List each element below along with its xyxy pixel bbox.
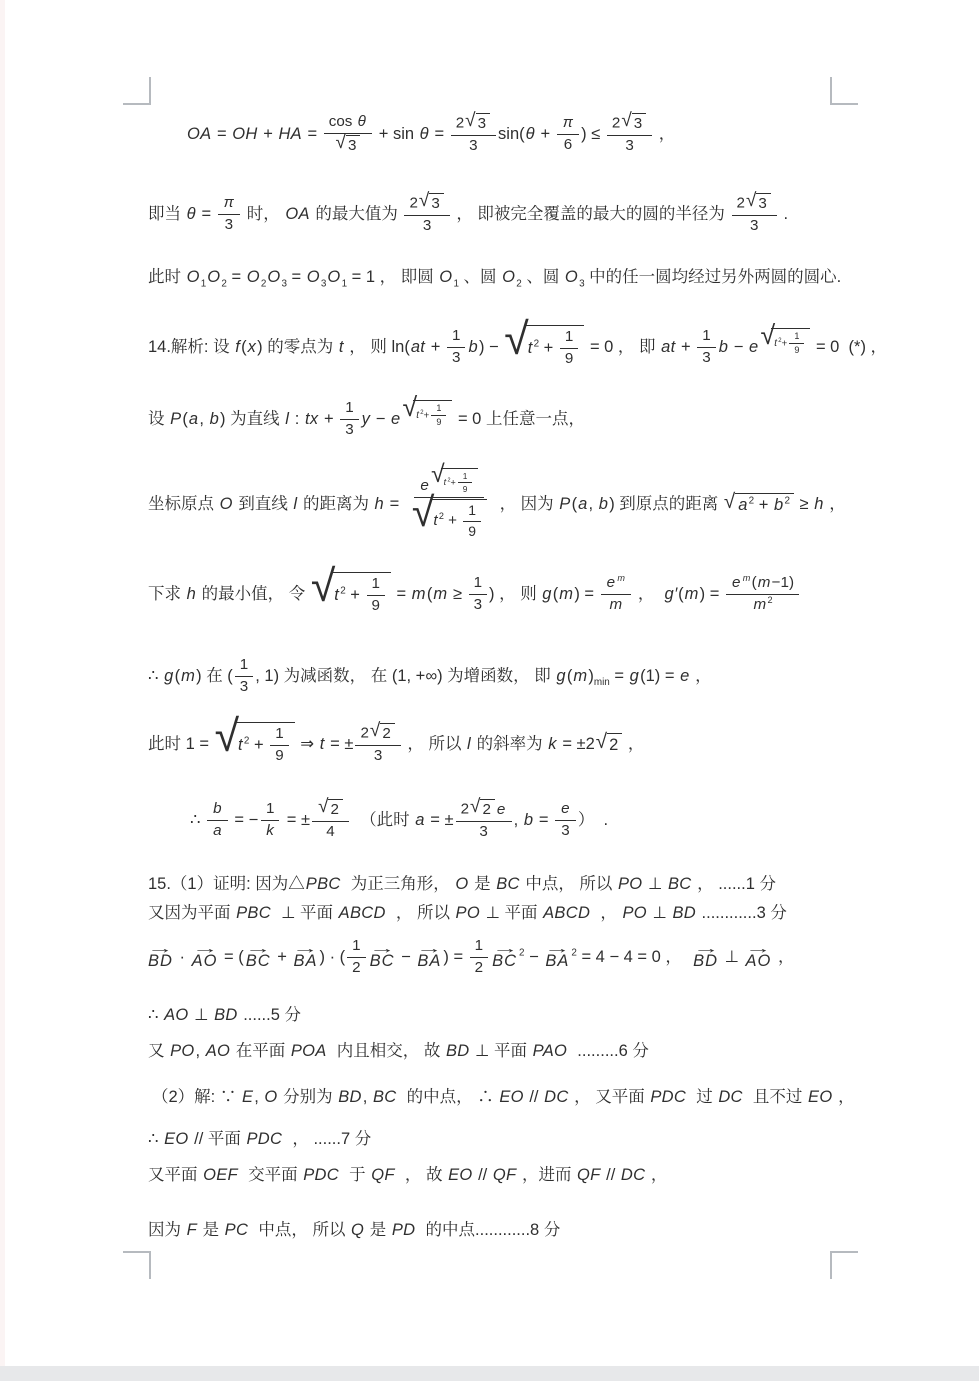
math-variable: O [564, 268, 579, 286]
math-text: ∴ [148, 1130, 163, 1148]
fraction: 19 [431, 402, 446, 430]
math-variable: a [737, 496, 748, 514]
vector-arrow-icon: → [745, 945, 772, 953]
math-variable: k [265, 822, 275, 839]
math-variable: O [263, 1088, 278, 1106]
math-variable: AO [205, 1042, 231, 1060]
math-text: 的斜率为 [472, 735, 547, 753]
math-text: ) = [700, 585, 724, 603]
math-text: 3 [348, 137, 356, 154]
math-variable: PO [169, 1042, 195, 1060]
math-text: // [602, 1166, 620, 1184]
math-text: ， 故 [396, 1166, 447, 1184]
radicand: t2 + 19 [331, 572, 391, 617]
math-variable: m [432, 585, 448, 603]
fraction: 2√2e3 [456, 798, 512, 843]
denominator: 3 [340, 420, 358, 441]
math-text: : [290, 410, 304, 428]
math-text: + [273, 948, 292, 966]
math-text: 14.解析: 设 [148, 338, 234, 356]
math-variable: QF [370, 1166, 396, 1184]
math-variable: b [773, 496, 784, 514]
radical-sign-icon: √ [215, 719, 239, 755]
math-variable: O [501, 268, 516, 286]
math-variable: EO [807, 1088, 833, 1106]
math-variable: DC [717, 1088, 743, 1106]
math-text: 1 [436, 403, 441, 413]
math-text: 2 [382, 725, 390, 742]
numerator: 2√2e [456, 798, 512, 822]
denominator: 9 [789, 344, 804, 357]
math-variable: PO [621, 904, 647, 922]
math-variable: m [752, 596, 767, 613]
radicand: t2+19 [441, 468, 479, 496]
math-variable: EO [163, 1130, 189, 1148]
math-text: ) · ( [320, 948, 346, 966]
math-text: 9 [436, 417, 441, 427]
math-text: 3 [634, 115, 642, 132]
math-variable: PO [617, 875, 643, 893]
math-variable: BD [445, 1042, 471, 1060]
denominator: 3 [418, 216, 436, 237]
math-variable: x [247, 338, 258, 356]
math-text: = 0 上任意一点， [453, 410, 585, 428]
math-text: + [539, 339, 558, 357]
math-text: , [196, 1042, 205, 1060]
math-text: 是 [470, 875, 496, 893]
square-root: √3 [621, 113, 646, 134]
math-text: 3 [431, 195, 439, 212]
square-root: √t2 + 19 [504, 325, 584, 370]
line-15-2d: 因为 F 是 PC 中点， 所以 Q 是 PD 的中点............8… [148, 1218, 560, 1243]
math-text: , [589, 495, 598, 513]
math-variable: θ [186, 205, 197, 223]
numerator: em(m−1) [726, 573, 799, 595]
math-text: ( [752, 574, 757, 591]
math-variable: OA [284, 205, 310, 223]
square-root: √2 [596, 733, 623, 756]
math-text: 2 [609, 736, 618, 754]
math-text: 3 [374, 747, 382, 764]
math-text: = [392, 585, 411, 603]
math-variable: g [629, 667, 640, 685]
math-variable: a [212, 822, 223, 839]
fraction: 2√23 [355, 722, 400, 767]
math-variable: h [186, 585, 197, 603]
math-text: ， ......7 分 [283, 1130, 371, 1148]
math-text: 2 [360, 725, 368, 742]
math-text: ) 在 ( [196, 667, 233, 685]
line-14-start: 14.解析: 设 f(x) 的零点为 t ， 则 ln(at + 13b) − … [148, 325, 887, 370]
math-variable: BD [213, 1006, 239, 1024]
math-text: 1 [794, 331, 799, 341]
math-text: 3 [625, 137, 633, 154]
denominator: 9 [270, 746, 288, 767]
math-text: 下求 [148, 585, 186, 603]
math-variable: PBC [235, 904, 272, 922]
math-text: 3 [225, 216, 233, 233]
math-variable: at [410, 338, 426, 356]
math-variable: e [606, 574, 617, 591]
math-variable: m [616, 573, 626, 583]
math-variable: PDC [302, 1166, 340, 1184]
math-variable: b [718, 338, 729, 356]
radical-sign-icon: √ [412, 496, 435, 529]
numerator: 2√3 [732, 192, 777, 216]
numerator: 1 [235, 655, 253, 677]
math-text: ⇒ [296, 735, 319, 753]
math-text: − [525, 948, 544, 966]
math-text: ⊥ 平面 [272, 904, 338, 922]
subscript: min [594, 677, 610, 688]
math-variable: PAO [532, 1042, 569, 1060]
radical-sign-icon: √ [596, 732, 607, 753]
math-text: = [610, 667, 629, 685]
math-text: 即当 [148, 205, 186, 223]
fraction: 19 [789, 330, 804, 358]
math-variable: OEF [202, 1166, 239, 1184]
math-text: 1 [468, 502, 476, 518]
math-text: 1 [240, 656, 248, 673]
line-14-slope: 此时 1 = √t2 + 19 ⇒ t = ±2√23 ， 所以 l 的斜率为 … [148, 722, 644, 767]
math-text: ， 即被完全覆盖的最大的圆的半径为 [452, 205, 730, 223]
vector: →BA [545, 945, 569, 970]
line-15-2c: 又平面 OEF 交平面 PDC 于 QF ， 故 EO // QF ，进而 QF… [148, 1163, 667, 1188]
math-text: − [729, 338, 748, 356]
radical-sign-icon: √ [370, 722, 380, 741]
radicand: a2 + b2 [735, 493, 794, 516]
fraction: 13 [447, 326, 465, 369]
fraction: e√t2+19√t2 + 19 [406, 467, 493, 542]
math-text: 2 [330, 801, 338, 818]
math-variable: QF [492, 1166, 518, 1184]
math-text: // 平面 [190, 1130, 246, 1148]
radical-sign-icon: √ [761, 325, 776, 346]
numerator: π [557, 113, 579, 135]
math-text: 3 [561, 822, 569, 839]
math-text: 3 [750, 217, 758, 234]
math-text: 3 [240, 678, 248, 695]
math-text: = [534, 811, 553, 829]
superscript: m [616, 573, 626, 583]
vector: →BA [293, 945, 317, 970]
vector: →BC [246, 945, 271, 970]
denominator: 3 [220, 215, 238, 236]
math-text: + [424, 410, 430, 421]
math-text: ) = [574, 585, 598, 603]
line-theta-max: 即当 θ = π3 时， OA 的最大值为 2√33 ， 即被完全覆盖的最大的圆… [148, 192, 788, 237]
math-text: 2 [352, 959, 360, 976]
math-text: （此时 [351, 811, 414, 829]
eq-oa-max: OA = OH + HA = cos θ√3 + sin θ = 2√33sin… [186, 112, 675, 157]
math-text: = [385, 495, 404, 513]
math-text: = ( [219, 948, 243, 966]
math-text: + [444, 512, 461, 529]
math-text: 设 [148, 410, 169, 428]
vector: →BA [417, 945, 441, 970]
math-variable: O [206, 268, 221, 286]
scan-edge-strip [0, 0, 5, 1381]
math-variable: e [679, 667, 690, 685]
math-text: 2 [767, 595, 772, 605]
line-circles: 此时 O1O2 = O2O3 = O3O1 = 1 ， 即圆 O1 、圆 O2 … [148, 265, 841, 290]
numerator: √2 [312, 798, 349, 822]
math-text: = 0 ， 即 [585, 338, 660, 356]
vector: →BC [492, 945, 517, 970]
math-variable: h [813, 495, 824, 513]
radical-sign-icon: √ [311, 569, 335, 605]
line-15-2b: ∴ EO // 平面 PDC ， ......7 分 [148, 1127, 371, 1152]
numerator: 2√3 [607, 112, 652, 136]
square-root: √3 [746, 193, 771, 214]
numerator: b [207, 799, 228, 821]
radical-sign-icon: √ [465, 112, 475, 131]
math-variable: BD [337, 1088, 363, 1106]
math-variable: AO [163, 1006, 189, 1024]
numerator: 1 [431, 402, 446, 416]
line-14-pab: 设 P(a, b) 为直线 l : tx + 13y − e√t2+19 = 0… [148, 398, 585, 441]
math-text: · [175, 948, 190, 966]
math-text: ) 到原点的距离 [609, 495, 723, 513]
vector: →AO [192, 945, 218, 970]
math-text: 又 [148, 1042, 169, 1060]
math-text: 又平面 [148, 1166, 202, 1184]
math-text: ⊥ 平面 [481, 904, 542, 922]
vector-arrow-icon: → [369, 945, 396, 953]
numerator: 1 [560, 327, 578, 349]
math-text: sin( [498, 125, 525, 143]
math-variable: ABCD [338, 904, 387, 922]
line-14-result: ∴ ba = −1k = ±√24 （此时 a = ±2√2e3, b = e3… [190, 798, 608, 843]
fraction: 12 [347, 936, 365, 979]
math-variable: PC [224, 1221, 250, 1239]
math-text: 1 [452, 327, 460, 344]
math-text: 因为 [148, 1221, 186, 1239]
math-text: ， [833, 1088, 854, 1106]
numerator: 2√3 [404, 192, 449, 216]
math-variable: a [414, 811, 425, 829]
math-text: ， 所以 [387, 904, 455, 922]
math-text: 2 [737, 195, 745, 212]
math-text: 2 [475, 959, 483, 976]
math-variable: O [454, 875, 469, 893]
line-15-vectors: →BD · →AO = (→BC + →BA) · (12→BC − →BA) … [146, 936, 794, 979]
denominator: 9 [458, 483, 473, 495]
math-text: ) = [443, 948, 467, 966]
radical-sign-icon: √ [336, 134, 346, 153]
numerator: 1 [270, 724, 288, 746]
numerator: 1 [470, 936, 488, 958]
line-14-distance: 坐标原点 O 到直线 l 的距离为 h = e√t2+19√t2 + 19 ， … [148, 467, 846, 542]
math-variable: e [560, 800, 571, 817]
math-text: + [259, 125, 278, 143]
math-text: 又因为平面 [148, 904, 235, 922]
fraction: 2√33 [732, 192, 777, 237]
square-root: √a2 + b2 [724, 493, 794, 516]
numerator: 1 [367, 574, 385, 596]
math-variable: g [163, 667, 174, 685]
math-variable: m [684, 585, 700, 603]
math-text: 分别为 [279, 1088, 338, 1106]
denominator: 3 [697, 348, 715, 369]
superscript: √t2+19 [402, 409, 454, 420]
math-variable: PD [391, 1221, 417, 1239]
math-text: 1 [474, 574, 482, 591]
math-variable: m [572, 667, 588, 685]
math-variable: g [664, 585, 675, 603]
math-variable: POA [290, 1042, 328, 1060]
math-text: 1 [352, 937, 360, 954]
crop-mark-top-right [830, 77, 858, 105]
math-text: // [474, 1166, 492, 1184]
math-text: 2 [784, 496, 790, 507]
math-variable: PDC [649, 1088, 687, 1106]
radicand: t2 + 19 [430, 499, 487, 541]
math-text: （2）解: ∵ [152, 1088, 241, 1106]
math-variable: m [180, 667, 196, 685]
math-text: 中的任一圆均经过另外两圆的圆心. [585, 268, 842, 286]
math-variable: m [608, 596, 623, 613]
math-text: ， [623, 735, 644, 753]
math-text: ∴ [190, 811, 205, 829]
fraction: 13 [697, 326, 715, 369]
math-text: 9 [275, 747, 283, 764]
math-variable: b [209, 410, 220, 428]
math-text: cos [329, 113, 357, 130]
math-text: ， 又平面 [570, 1088, 650, 1106]
numerator: 1 [469, 573, 487, 595]
line-14-gm: 下求 h 的最小值， 令 √t2 + 19 = m(m ≥ 13) ， 则 g(… [148, 572, 801, 617]
line-15-2a: （2）解: ∵ E, O 分别为 BD, BC 的中点， ∴ EO // DC … [152, 1085, 855, 1110]
math-variable: t [338, 338, 345, 356]
square-root: √3 [419, 193, 444, 214]
radical-sign-icon: √ [419, 192, 429, 211]
numerator: 1 [340, 398, 358, 420]
vector-arrow-icon: → [292, 945, 319, 953]
math-text: 的中点， ∴ [397, 1088, 498, 1106]
math-text: = 1 ， 即圆 [347, 268, 438, 286]
fraction: 2√33 [451, 112, 496, 157]
radical-sign-icon: √ [724, 492, 735, 513]
denominator: 2 [470, 958, 488, 979]
math-variable: F [186, 1221, 198, 1239]
math-text: 1 [266, 800, 274, 817]
line-15-plane-pao: 又 PO, AO 在平面 POA 内且相交， 故 BD ⊥ 平面 PAO ...… [148, 1039, 649, 1064]
math-text: 15.（1）证明: 因为△ [148, 875, 305, 893]
denominator: 3 [556, 821, 574, 842]
math-text: ⊥ [643, 875, 667, 893]
math-text: ， ......1 分 [693, 875, 776, 893]
math-variable: e [496, 801, 507, 818]
square-root: √t2 + 19 [412, 499, 487, 541]
math-variable: m [558, 585, 574, 603]
scan-bottom-band [0, 1366, 979, 1381]
fraction: 19 [458, 470, 473, 496]
math-text: 坐标原点 [148, 495, 219, 513]
math-text: 此时 1 = [148, 735, 214, 753]
math-text: 是 [365, 1221, 391, 1239]
math-variable: E [241, 1088, 254, 1106]
math-text: , [514, 811, 523, 829]
numerator: 1 [789, 330, 804, 344]
math-text: = 4 − 4 = 0 ， [577, 948, 691, 966]
math-text: , 1) 为减函数， 在 (1, +∞) 为增函数， 即 [255, 667, 555, 685]
math-variable: e [748, 338, 759, 356]
vector: →AO [746, 945, 772, 970]
radicand: 3 [476, 113, 490, 134]
math-variable: BC [495, 875, 521, 893]
fraction: ba [207, 799, 228, 842]
math-variable: g [555, 667, 566, 685]
superscript: 2 [767, 595, 772, 605]
square-root: √t2+19 [761, 328, 811, 358]
numerator: 1 [347, 936, 365, 958]
math-text: 、圆 [522, 268, 564, 286]
square-root: √2 [470, 799, 495, 820]
denominator: 2 [347, 958, 365, 979]
math-text: ） . [578, 811, 608, 829]
square-root: √2 [318, 799, 343, 820]
math-variable: PBC [305, 875, 342, 893]
denominator: 3 [464, 136, 482, 157]
math-variable: PO [455, 904, 481, 922]
math-text: + [754, 496, 773, 514]
square-root: √t2 + 19 [311, 572, 391, 617]
math-text: + [346, 586, 365, 604]
math-text: 过 [687, 1088, 717, 1106]
superscript: √t2+19 [430, 476, 479, 486]
crop-mark-bottom-left [123, 1251, 151, 1279]
math-text: 1 [372, 575, 380, 592]
math-text: 9 [372, 597, 380, 614]
math-text: = ± [282, 811, 310, 829]
math-text: , [199, 410, 208, 428]
numerator: 1 [447, 326, 465, 348]
denominator: 3 [745, 216, 763, 237]
radicand: t2 + 19 [235, 722, 295, 767]
denominator: 9 [560, 349, 578, 370]
numerator: 1 [458, 470, 473, 483]
math-variable: b [523, 811, 534, 829]
math-text: = ±2 [558, 735, 595, 753]
radical-sign-icon: √ [470, 798, 480, 817]
fraction: em(m−1)m2 [726, 573, 799, 616]
math-text: ⊥ [720, 948, 744, 966]
math-text: (1) = [640, 667, 679, 685]
radicand: 2 [607, 733, 622, 756]
math-variable: a [188, 410, 199, 428]
math-variable: e [390, 410, 401, 428]
math-text: ，进而 [517, 1166, 576, 1184]
radicand: 3 [346, 135, 360, 156]
math-text: 4 [326, 823, 334, 840]
math-text: 、圆 [459, 268, 501, 286]
math-variable: π [562, 114, 574, 131]
math-text: + sin [374, 125, 418, 143]
numerator: 1 [463, 501, 481, 521]
math-variable: θ [357, 113, 368, 130]
denominator: k [260, 821, 280, 842]
math-variable: OA [186, 125, 212, 143]
math-text: 交平面 [239, 1166, 302, 1184]
math-text: 1 [345, 399, 353, 416]
math-text: 2 [482, 801, 490, 818]
square-root: √3 [336, 135, 361, 156]
math-text: 2 [409, 195, 417, 212]
fraction: 19 [270, 724, 288, 767]
math-text: , [363, 1088, 372, 1106]
denominator: 3 [469, 595, 487, 616]
